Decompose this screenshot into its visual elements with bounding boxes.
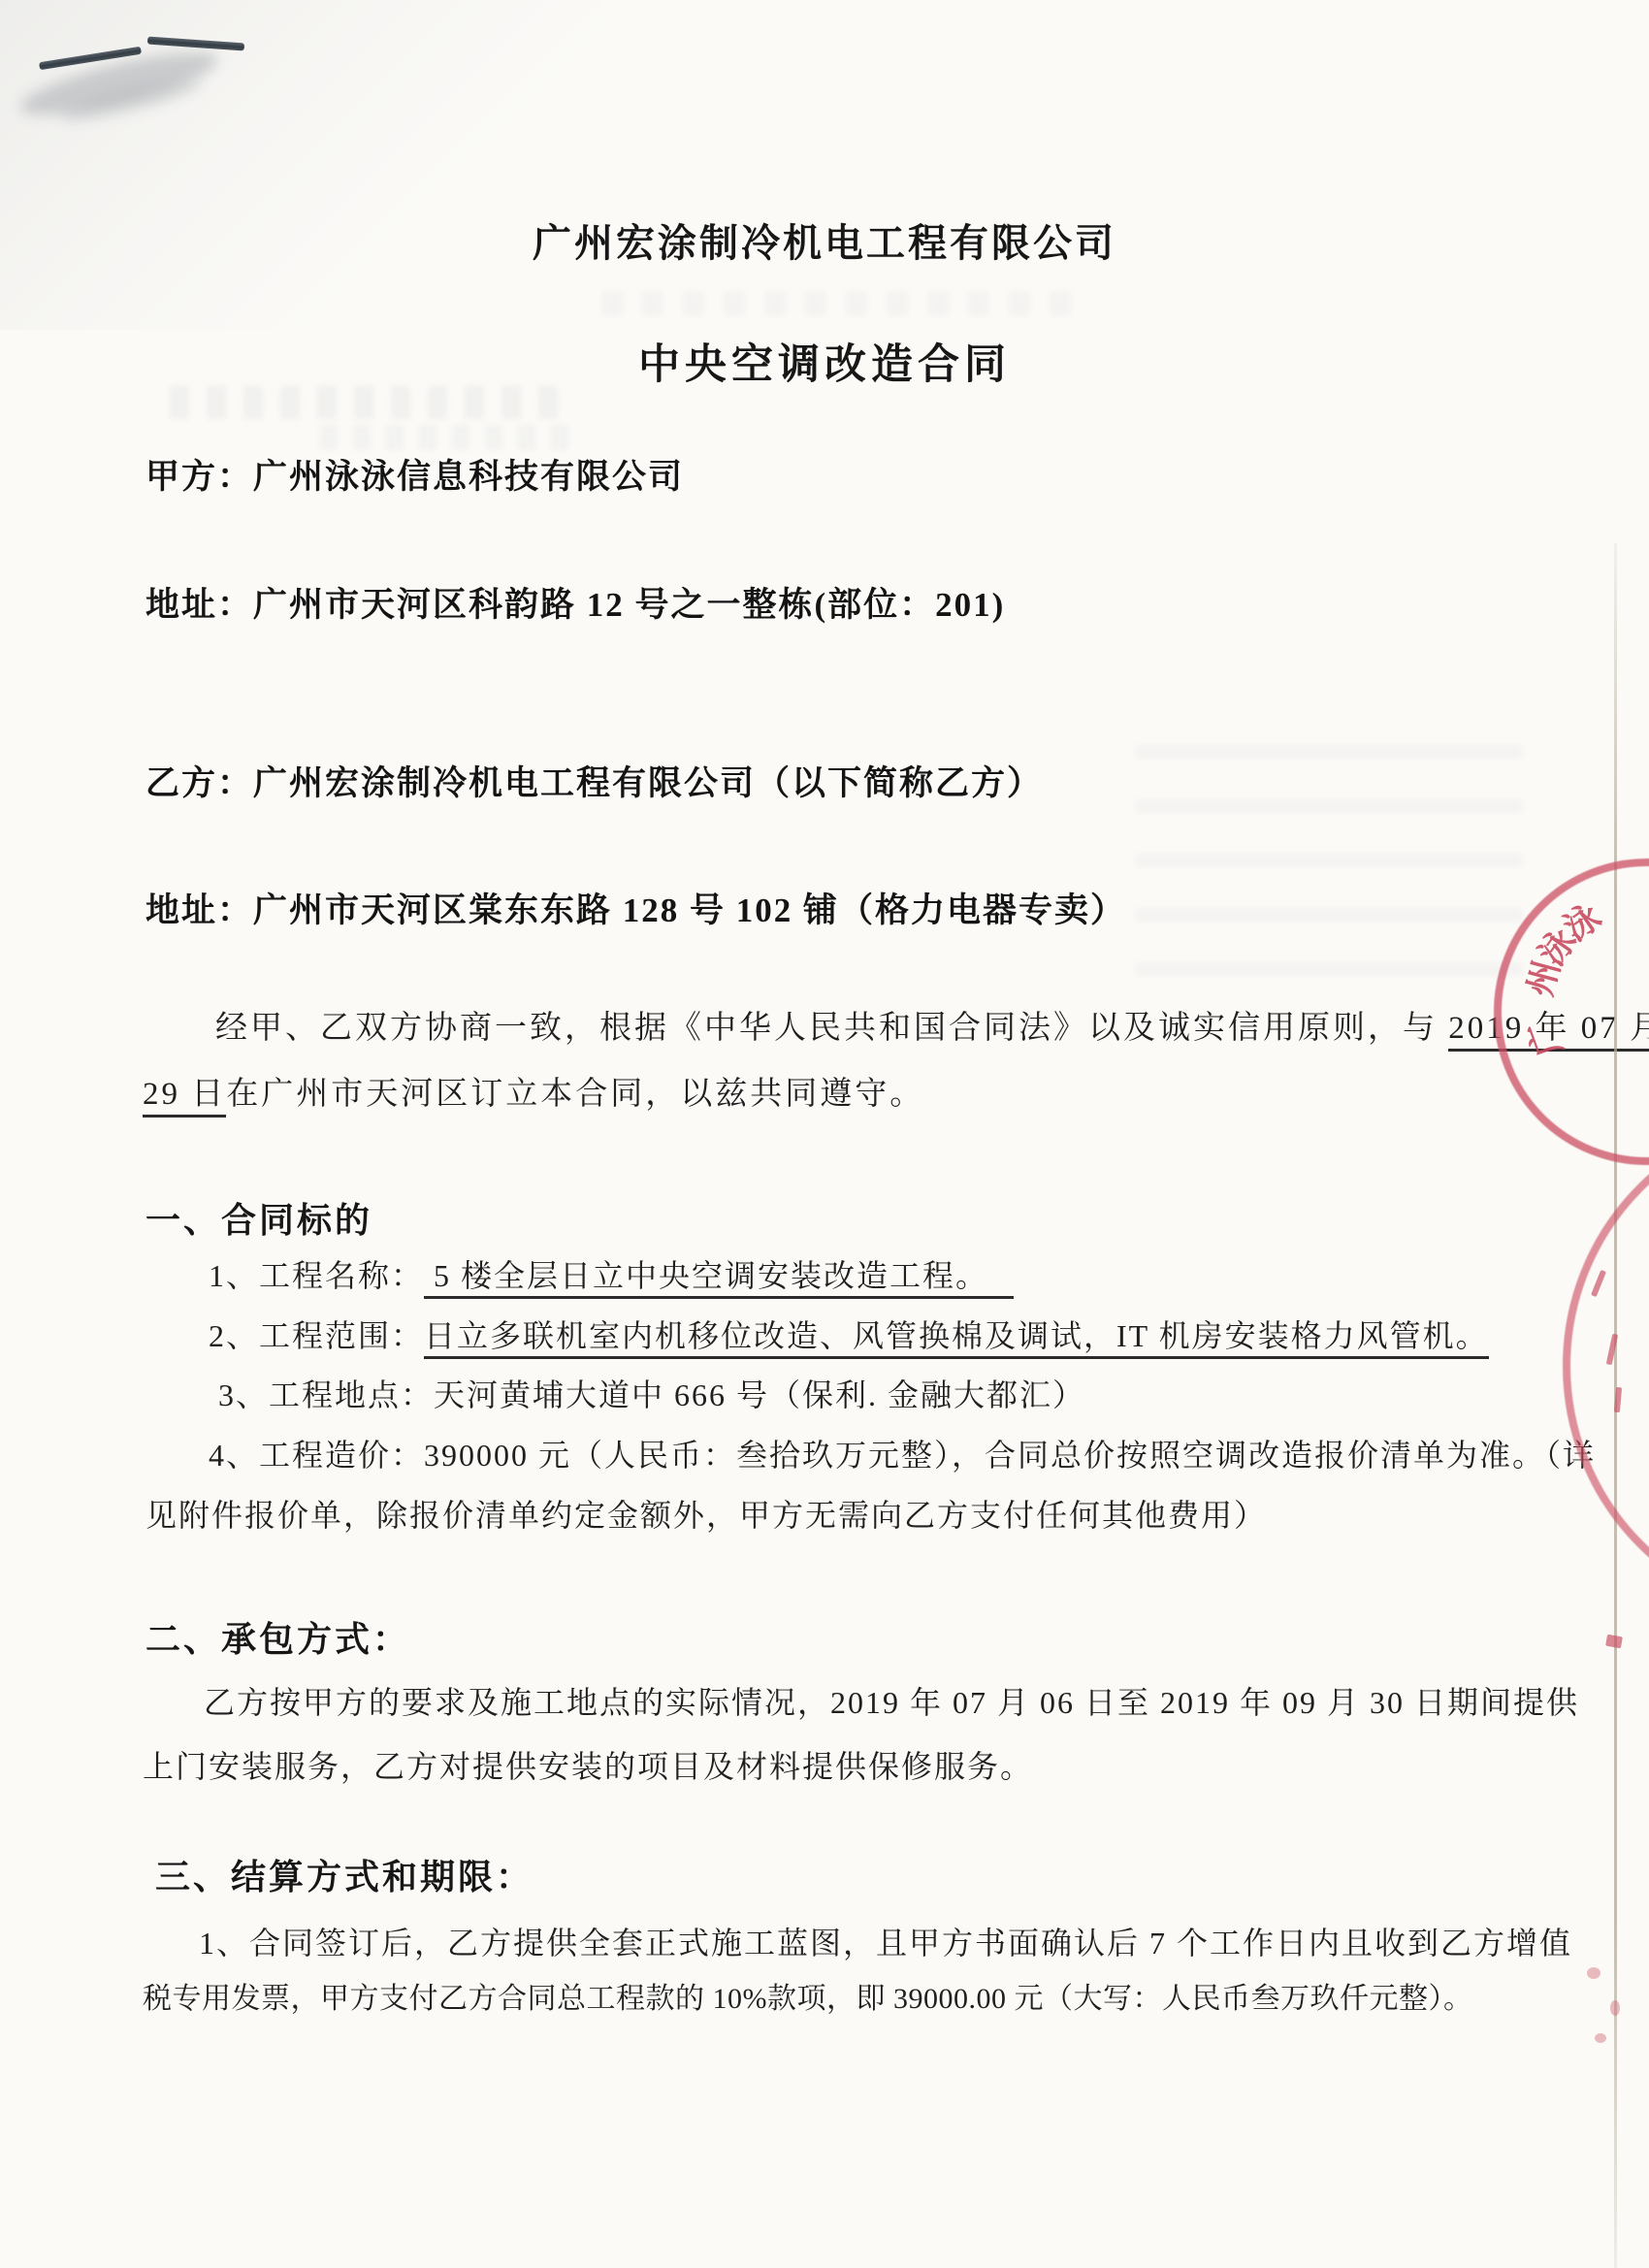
party-b-address-line: 地址：广州市天河区棠东东路 128 号 102 铺（格力电器专卖） bbox=[145, 891, 1126, 930]
contract-title: 中央空调改造合同 bbox=[0, 341, 1649, 389]
scan-smudge bbox=[601, 291, 1086, 316]
project-location-item: 3、工程地点：天河黄埔大道中 666 号（保利. 金融大都汇） bbox=[218, 1377, 1085, 1413]
seal-ink-speck bbox=[1605, 1635, 1623, 1649]
company-seal-lower bbox=[1563, 1110, 1649, 1622]
section-3-paragraph-line-1: 1、合同签订后，乙方提供全套正式施工蓝图，且甲方书面确认后 7 个工作日内且收到… bbox=[199, 1926, 1572, 1961]
scan-smudge bbox=[170, 386, 558, 419]
section-3-heading: 三、结算方式和期限： bbox=[155, 1858, 533, 1897]
preamble-line-1: 经甲、乙双方协商一致，根据《中华人民共和国合同法》以及诚实信用原则，与 2019… bbox=[215, 1011, 1649, 1048]
project-scope-label: 2、工程范围： bbox=[209, 1318, 424, 1353]
scanned-contract-page: 广州宏涂制冷机电工程有限公司 中央空调改造合同 甲方：广州泳泳信息科技有限公司 … bbox=[0, 0, 1649, 2268]
scan-smudge bbox=[1135, 745, 1523, 978]
preamble-line-2: 29 日在广州市天河区订立本合同，以兹共同遵守。 bbox=[143, 1077, 924, 1114]
section-2-heading: 二、承包方式： bbox=[145, 1620, 410, 1660]
scan-shading bbox=[0, 0, 601, 330]
scan-smudge bbox=[320, 425, 572, 450]
section-3-paragraph-line-2: 税专用发票，甲方支付乙方合同总工程款的 10%款项，即 39000.00 元（大… bbox=[143, 1983, 1473, 2017]
project-name-label: 1、工程名称： bbox=[209, 1258, 424, 1293]
contract-date-day-underlined: 29 日 bbox=[143, 1077, 226, 1118]
project-scope-value-underlined: 日立多联机室内机移位改造、风管换棉及调试，IT 机房安装格力风管机。 bbox=[424, 1318, 1489, 1359]
section-2-paragraph-line-1: 乙方按甲方的要求及施工地点的实际情况，2019 年 07 月 06 日至 201… bbox=[204, 1685, 1579, 1721]
company-title: 广州宏涂制冷机电工程有限公司 bbox=[0, 221, 1649, 266]
project-cost-item-line-2: 见附件报价单，除报价清单约定金额外，甲方无需向乙方支付任何其他费用） bbox=[145, 1498, 1267, 1534]
project-name-value-underlined: 5 楼全层日立中央空调安装改造工程。 bbox=[424, 1258, 1014, 1299]
seal-ink-speck bbox=[1610, 2000, 1620, 2016]
seal-ink-speck bbox=[1595, 2033, 1606, 2043]
preamble-text: 在广州市天河区订立本合同，以兹共同遵守。 bbox=[226, 1077, 924, 1112]
project-name-item: 1、工程名称： 5 楼全层日立中央空调安装改造工程。 bbox=[209, 1258, 1014, 1294]
seal-ink-speck bbox=[1587, 1967, 1600, 1979]
party-a-address-line: 地址：广州市天河区科韵路 12 号之一整栋(部位：201) bbox=[145, 586, 1005, 625]
party-b-line: 乙方：广州宏涂制冷机电工程有限公司（以下简称乙方） bbox=[145, 764, 1043, 803]
preamble-text: 经甲、乙双方协商一致，根据《中华人民共和国合同法》以及诚实信用原则，与 bbox=[215, 1011, 1448, 1046]
party-a-line: 甲方：广州泳泳信息科技有限公司 bbox=[145, 458, 684, 497]
project-cost-item-line-1: 4、工程造价：390000 元（人民币：叁拾玖万元整），合同总价按照空调改造报价… bbox=[209, 1438, 1596, 1474]
project-scope-item: 2、工程范围：日立多联机室内机移位改造、风管换棉及调试，IT 机房安装格力风管机… bbox=[209, 1318, 1489, 1354]
staple-mark bbox=[147, 37, 244, 51]
section-1-heading: 一、合同标的 bbox=[145, 1201, 372, 1241]
section-2-paragraph-line-2: 上门安装服务，乙方对提供安装的项目及材料提供保修服务。 bbox=[143, 1749, 1033, 1785]
